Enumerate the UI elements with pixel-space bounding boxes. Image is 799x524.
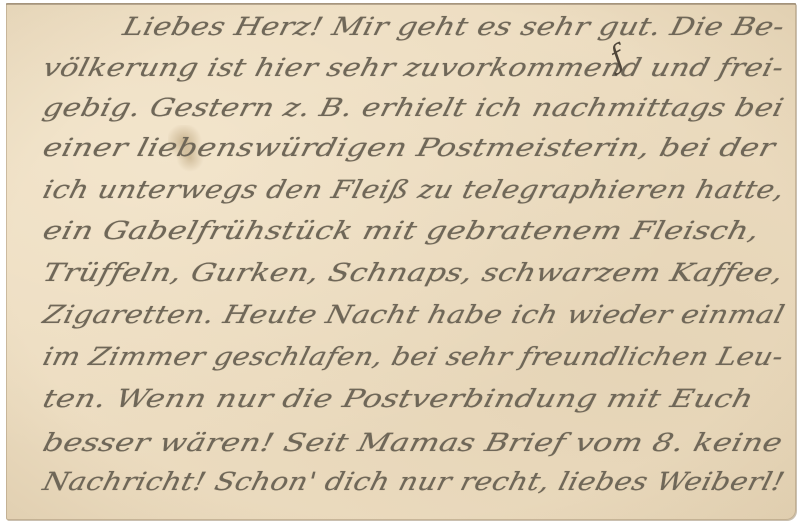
letter-line-1: Liebes Herz! Mir geht es sehr gut. Die B… bbox=[120, 12, 788, 41]
letter-line-7: Trüffeln, Gurken, Schnaps, schwarzem Kaf… bbox=[40, 258, 787, 287]
letter-line-10: ten. Wenn nur die Postverbindung mit Euc… bbox=[40, 384, 757, 413]
letter-line-12: Nachricht! Schon' dich nur recht, liebes… bbox=[40, 467, 788, 496]
letter-line-8: Zigaretten. Heute Nacht habe ich wieder … bbox=[40, 300, 788, 329]
letter-line-9: im Zimmer geschlafen, bei sehr freundlic… bbox=[40, 342, 787, 371]
letter-line-6: ein Gabelfrühstück mit gebratenem Fleisc… bbox=[40, 216, 763, 245]
card-edge bbox=[6, 3, 796, 5]
letter-line-5: ich unterwegs den Fleiß zu telegraphiere… bbox=[40, 175, 788, 204]
letter-line-3: gebig. Gestern z. B. erhielt ich nachmit… bbox=[40, 93, 787, 122]
letter-line-11: besser wären! Seit Mamas Brief vom 8. ke… bbox=[40, 428, 786, 457]
letter-line-2: völkerung ist hier sehr zuvorkommend und… bbox=[40, 53, 787, 82]
letter-line-4: einer liebenswürdigen Postmeisterin, bei… bbox=[40, 133, 778, 162]
